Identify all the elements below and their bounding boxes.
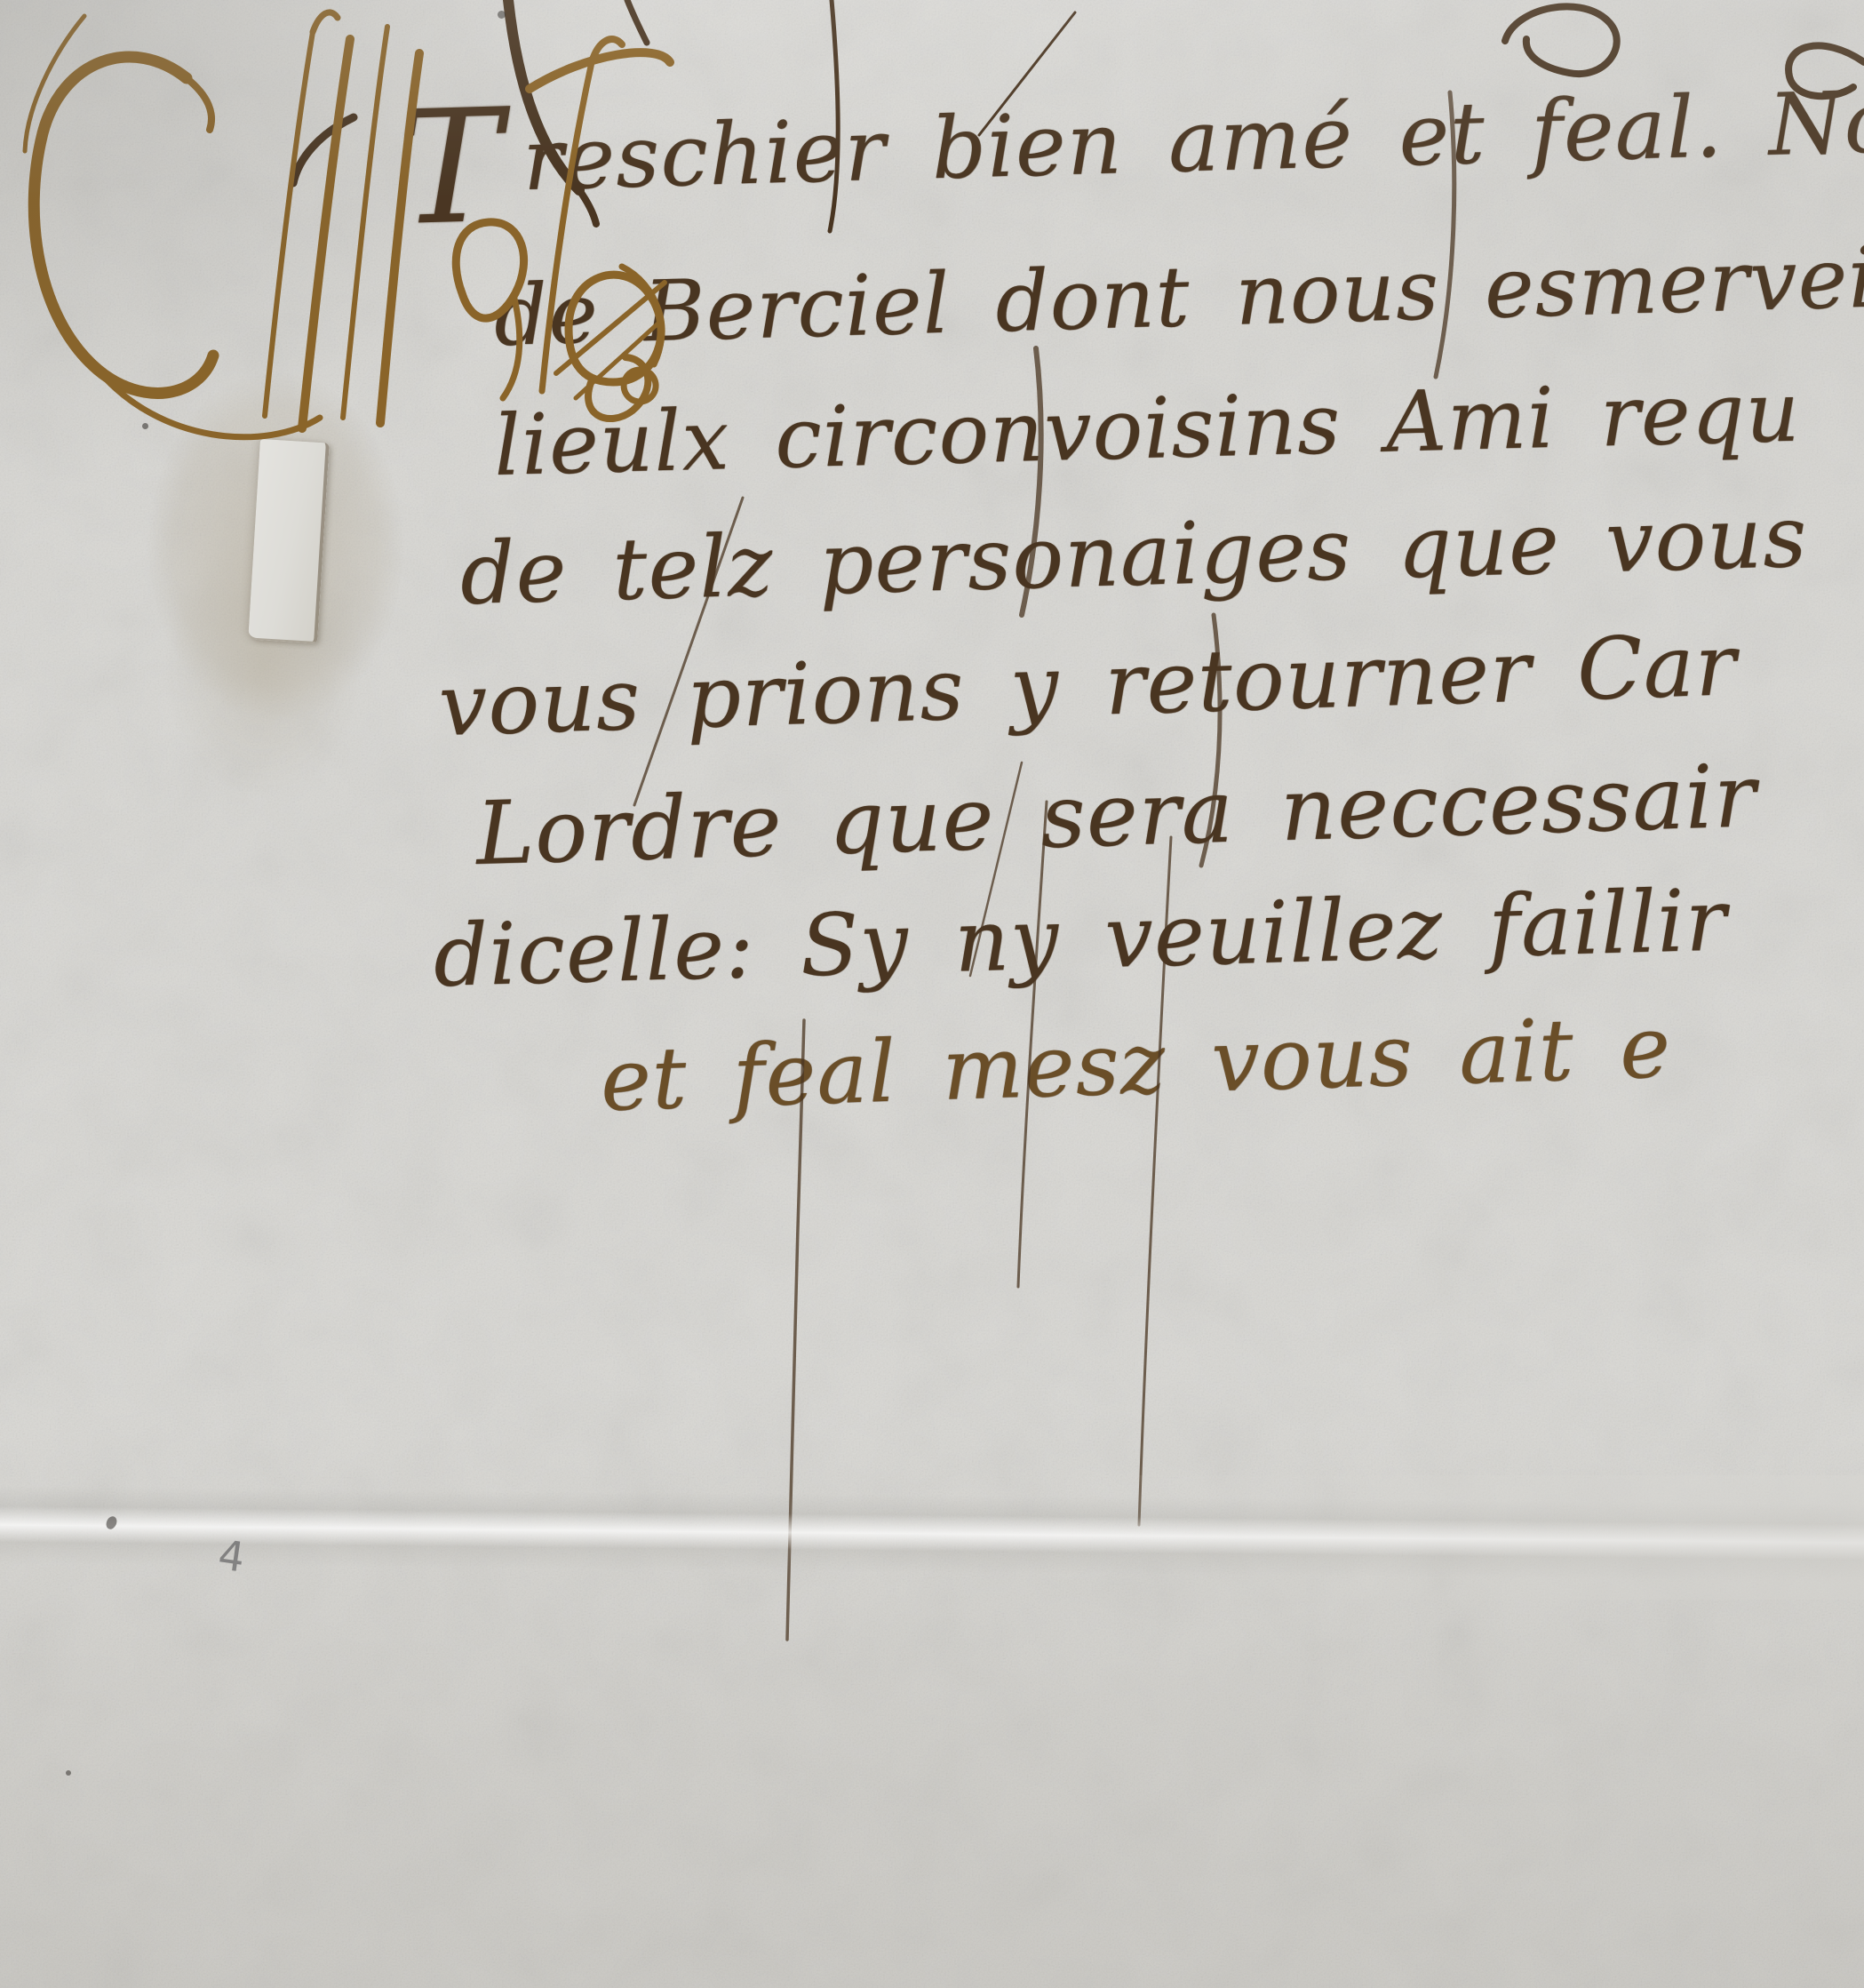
- paper-speck: [498, 11, 506, 19]
- paper-speck: [66, 1770, 71, 1776]
- paper-speck: [142, 423, 148, 429]
- manuscript-photo: Treschier bien amé et feal. Nous de Berc…: [0, 0, 1864, 1988]
- signature-strokes: [25, 12, 670, 437]
- royal-signature: [0, 0, 675, 427]
